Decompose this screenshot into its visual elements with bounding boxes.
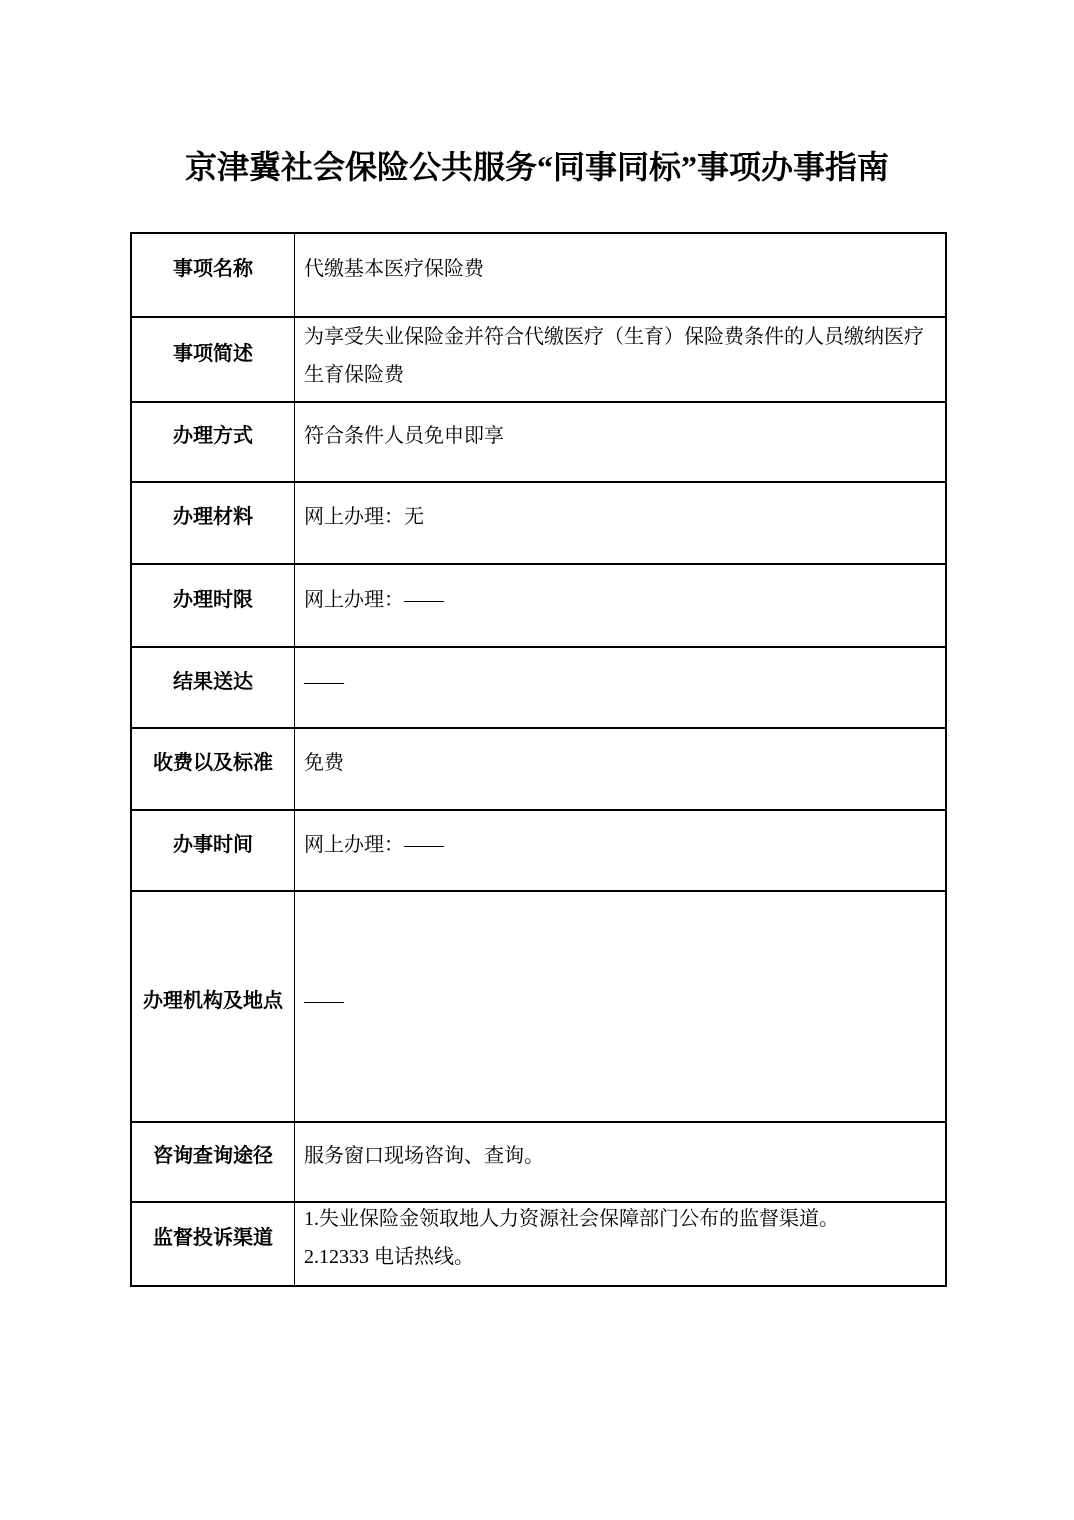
row-label: 办理机构及地点 xyxy=(132,892,295,1121)
row-label: 办理材料 xyxy=(132,483,295,563)
row-label: 收费以及标准 xyxy=(132,729,295,809)
document-title: 京津冀社会保险公共服务“同事同标”事项办事指南 xyxy=(0,146,1074,188)
row-content: 1.失业保险金领取地人力资源社会保障部门公布的监督渠道。2.12333 电话热线… xyxy=(295,1203,945,1285)
row-content: 网上办理：—— xyxy=(295,565,945,646)
row-label: 事项名称 xyxy=(132,234,295,316)
table-row: 收费以及标准免费 xyxy=(132,729,945,811)
content-line: 符合条件人员免申即享 xyxy=(304,417,943,455)
table-row: 监督投诉渠道1.失业保险金领取地人力资源社会保障部门公布的监督渠道。2.1233… xyxy=(132,1203,945,1285)
content-line: 网上办理：—— xyxy=(304,581,943,619)
row-content: 代缴基本医疗保险费 xyxy=(295,234,945,316)
row-content: 服务窗口现场咨询、查询。 xyxy=(295,1123,945,1201)
row-content: 免费 xyxy=(295,729,945,809)
content-line: 免费 xyxy=(304,744,943,782)
row-label: 事项简述 xyxy=(132,318,295,401)
row-content: 网上办理：无 xyxy=(295,483,945,563)
content-line: 1.失业保险金领取地人力资源社会保障部门公布的监督渠道。 xyxy=(304,1200,943,1238)
table-row: 事项简述为享受失业保险金并符合代缴医疗（生育）保险费条件的人员缴纳医疗生育保险费 xyxy=(132,318,945,403)
content-line: —— xyxy=(304,663,943,701)
table-row: 办事时间网上办理：—— xyxy=(132,811,945,892)
content-line: 为享受失业保险金并符合代缴医疗（生育）保险费条件的人员缴纳医疗生育保险费 xyxy=(304,318,943,389)
service-guide-table: 事项名称代缴基本医疗保险费事项简述为享受失业保险金并符合代缴医疗（生育）保险费条… xyxy=(130,232,947,1287)
table-row: 办理材料网上办理：无 xyxy=(132,483,945,565)
row-label: 办理方式 xyxy=(132,403,295,481)
row-label: 办理时限 xyxy=(132,565,295,646)
content-line: 网上办理：—— xyxy=(304,826,943,864)
table-row: 办理时限网上办理：—— xyxy=(132,565,945,648)
row-content: 网上办理：—— xyxy=(295,811,945,890)
row-content: —— xyxy=(295,892,945,1121)
table-row: 事项名称代缴基本医疗保险费 xyxy=(132,234,945,318)
content-line: —— xyxy=(304,982,943,1020)
table-row: 办理方式符合条件人员免申即享 xyxy=(132,403,945,483)
document-page: 京津冀社会保险公共服务“同事同标”事项办事指南 事项名称代缴基本医疗保险费事项简… xyxy=(0,0,1074,1520)
row-label: 监督投诉渠道 xyxy=(132,1203,295,1285)
row-label: 结果送达 xyxy=(132,648,295,727)
row-content: —— xyxy=(295,648,945,727)
table-row: 结果送达—— xyxy=(132,648,945,729)
table-row: 办理机构及地点—— xyxy=(132,892,945,1123)
content-line: 服务窗口现场咨询、查询。 xyxy=(304,1137,943,1175)
row-content: 为享受失业保险金并符合代缴医疗（生育）保险费条件的人员缴纳医疗生育保险费 xyxy=(295,318,945,401)
content-line: 2.12333 电话热线。 xyxy=(304,1238,943,1276)
content-line: 网上办理：无 xyxy=(304,498,943,536)
table-row: 咨询查询途径服务窗口现场咨询、查询。 xyxy=(132,1123,945,1203)
content-line: 代缴基本医疗保险费 xyxy=(304,250,943,288)
row-label: 咨询查询途径 xyxy=(132,1123,295,1201)
row-content: 符合条件人员免申即享 xyxy=(295,403,945,481)
row-label: 办事时间 xyxy=(132,811,295,890)
